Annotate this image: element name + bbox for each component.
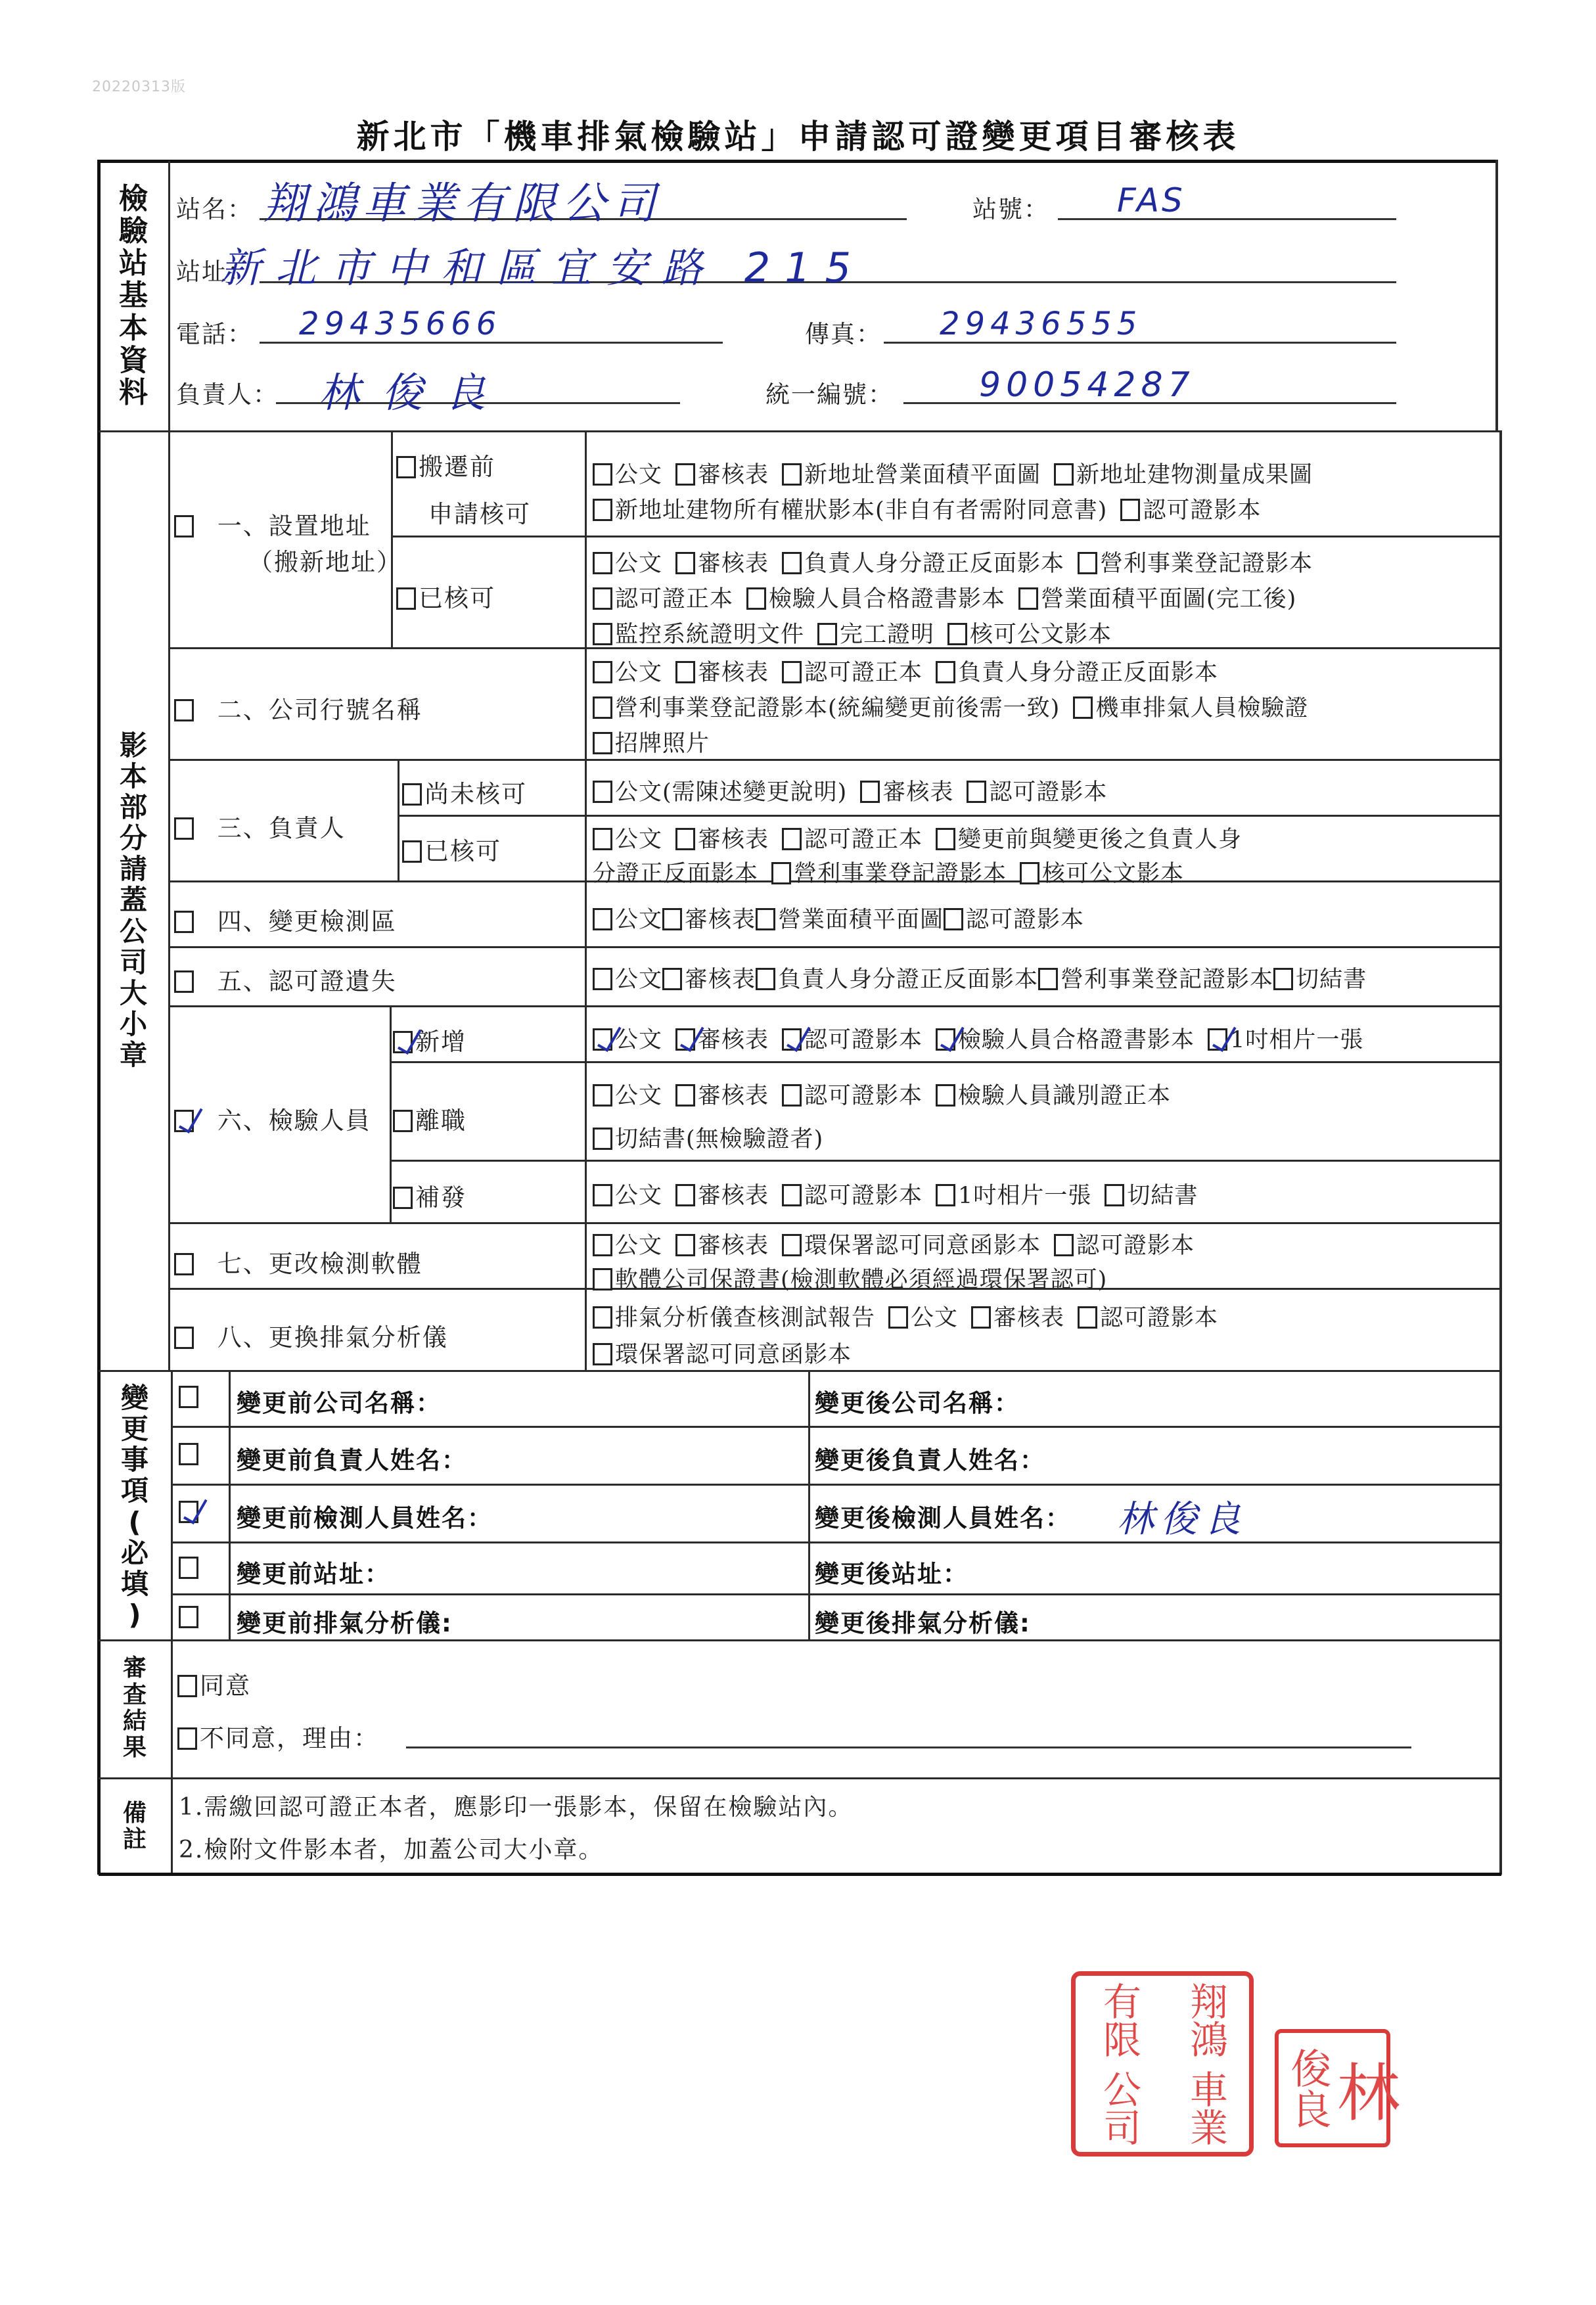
station-no-field[interactable]: FAS bbox=[1117, 181, 1185, 219]
company-seal: 翔鴻 車業 有限 公司 bbox=[1071, 1971, 1254, 2157]
doc-checklist-item[interactable]: 營利事業登記證影本 bbox=[1078, 545, 1313, 578]
fax-field[interactable]: 29436555 bbox=[940, 306, 1142, 342]
doc-label: 審核表 bbox=[698, 827, 769, 853]
doc-label: 認可證正本 bbox=[615, 586, 733, 612]
doc-checkbox[interactable] bbox=[593, 552, 612, 574]
doc-checkbox[interactable] bbox=[1208, 1028, 1227, 1051]
doc-checkbox[interactable] bbox=[1073, 696, 1093, 719]
doc-checklist-item[interactable]: 新地址營業面積平面圖 bbox=[782, 457, 1041, 490]
doc-label: 營利事業登記證影本 bbox=[794, 861, 1007, 887]
approved-checkbox[interactable] bbox=[396, 587, 416, 610]
doc-checkbox[interactable] bbox=[593, 623, 612, 645]
doc-label: 1吋相片一張 bbox=[1230, 1027, 1363, 1053]
doc-checklist-item[interactable]: 認可證影本 bbox=[782, 1022, 923, 1055]
doc-checkbox[interactable] bbox=[947, 623, 967, 645]
doc-row: 公文審核表認可證影本檢驗人員識別證正本 bbox=[593, 1078, 1184, 1110]
doc-checklist-item[interactable]: 公文 bbox=[888, 1300, 958, 1333]
resign-checkbox[interactable] bbox=[393, 1110, 413, 1132]
after-label: 變更後負責人姓名： bbox=[815, 1440, 1045, 1476]
doc-checklist-item[interactable]: 審核表 bbox=[675, 1078, 769, 1110]
doc-label: 公文 bbox=[911, 1305, 958, 1331]
doc-checkbox[interactable] bbox=[593, 1306, 612, 1329]
doc-row: 公文審核表負責人身分證正反面影本營利事業登記證影本切結書 bbox=[593, 961, 1367, 994]
owner-approved-checkbox[interactable] bbox=[402, 840, 422, 863]
doc-label: 審核表 bbox=[882, 779, 953, 806]
doc-checkbox[interactable] bbox=[1054, 1234, 1074, 1256]
doc-label: 公文 bbox=[615, 967, 662, 993]
doc-checkbox[interactable] bbox=[782, 1234, 802, 1256]
doc-checklist-item[interactable]: 認可證正本 bbox=[593, 581, 733, 614]
doc-row: 監控系統證明文件完工證明核可公文影本 bbox=[593, 616, 1125, 649]
address-field[interactable]: 新北市中和區宜安路 215 bbox=[220, 235, 865, 294]
doc-row: 招牌照片 bbox=[593, 725, 723, 758]
doc-checklist-item[interactable]: 公文 bbox=[593, 961, 662, 994]
doc-checklist-item[interactable]: 1吋相片一張 bbox=[936, 1177, 1091, 1210]
doc-label: 營業面積平面圖(完工後) bbox=[1041, 586, 1296, 612]
doc-checklist-item[interactable]: 完工證明 bbox=[817, 616, 934, 649]
doc-checklist-item[interactable]: 認可證正本 bbox=[782, 654, 923, 687]
doc-checkbox[interactable] bbox=[593, 1234, 612, 1256]
item-1-sublabel: （搬新地址） bbox=[248, 542, 402, 578]
doc-label: 公文 bbox=[615, 1083, 662, 1109]
doc-checklist-item[interactable]: 檢驗人員合格證書影本 bbox=[746, 581, 1005, 614]
before-label: 變更前負責人姓名： bbox=[237, 1440, 467, 1476]
doc-checklist-item[interactable]: 審核表 bbox=[675, 1227, 769, 1260]
doc-label: 認可證影本 bbox=[1076, 1233, 1195, 1259]
doc-label: 公文 bbox=[615, 827, 662, 853]
doc-checkbox[interactable] bbox=[1038, 968, 1058, 990]
doc-label: 招牌照片 bbox=[615, 731, 710, 757]
doc-checkbox[interactable] bbox=[675, 828, 695, 850]
doc-checkbox[interactable] bbox=[675, 1184, 695, 1206]
doc-label: 切結書 bbox=[1127, 1183, 1198, 1209]
doc-checklist-item[interactable]: 公文 bbox=[593, 1177, 662, 1210]
doc-row: 認可證正本檢驗人員合格證書影本營業面積平面圖(完工後) bbox=[593, 581, 1310, 614]
owner-label: 負責人： bbox=[176, 375, 279, 410]
doc-row: 公文(需陳述變更說明)審核表認可證影本 bbox=[593, 774, 1120, 807]
doc-label: 核可公文影本 bbox=[970, 622, 1112, 648]
doc-label: 認可證影本 bbox=[1100, 1305, 1218, 1331]
doc-label: 審核表 bbox=[698, 660, 769, 686]
doc-checkbox[interactable] bbox=[1078, 1306, 1097, 1329]
doc-label: 營利事業登記證影本 bbox=[1100, 551, 1313, 577]
doc-checklist-item[interactable]: 認可證影本 bbox=[1120, 492, 1261, 525]
version-watermark: 20220313版 bbox=[92, 76, 186, 96]
sub-approved[interactable]: 已核可 bbox=[396, 578, 495, 614]
doc-label: 切結書 bbox=[1296, 967, 1367, 993]
after-label: 變更後排氣分析儀: bbox=[815, 1603, 1031, 1639]
doc-label: 審核表 bbox=[698, 462, 769, 488]
doc-checkbox[interactable] bbox=[936, 828, 955, 850]
doc-label: 審核表 bbox=[698, 1183, 769, 1209]
before-label: 變更前站址： bbox=[237, 1554, 390, 1589]
item-1-checkbox[interactable] bbox=[174, 515, 194, 537]
doc-checkbox[interactable] bbox=[860, 781, 880, 803]
doc-checkbox[interactable] bbox=[593, 968, 612, 990]
doc-checkbox[interactable] bbox=[593, 463, 612, 486]
change-items-label: 變更事項(必填) bbox=[99, 1377, 171, 1636]
owner-field[interactable]: 林俊良 bbox=[319, 360, 508, 419]
doc-checkbox[interactable] bbox=[593, 1343, 612, 1365]
change-row-checkbox[interactable] bbox=[179, 1386, 198, 1408]
doc-row: 環保署認可同意函影本 bbox=[593, 1336, 865, 1369]
doc-label: 分證正反面影本 bbox=[593, 861, 758, 887]
doc-label: 檢驗人員合格證書影本 bbox=[958, 1027, 1195, 1053]
doc-label: 排氣分析儀查核測試報告 bbox=[615, 1305, 875, 1331]
doc-checkbox[interactable] bbox=[944, 908, 963, 930]
doc-checkbox[interactable] bbox=[662, 968, 682, 990]
doc-checkbox[interactable] bbox=[771, 862, 791, 884]
doc-checklist-item[interactable]: 公文 bbox=[593, 821, 662, 854]
doc-checklist-item[interactable]: 認可證影本 bbox=[782, 1078, 923, 1110]
doc-label: 認可證正本 bbox=[804, 827, 923, 853]
doc-label: 新地址建物所有權狀影本(非自有者需附同意書) bbox=[615, 497, 1107, 524]
doc-label: 公文 bbox=[615, 462, 662, 488]
doc-checklist-item[interactable]: 變更前與變更後之負責人身 bbox=[936, 821, 1242, 854]
doc-checkbox[interactable] bbox=[593, 661, 612, 683]
station-no-label: 站號： bbox=[972, 189, 1049, 225]
doc-checkbox[interactable] bbox=[675, 552, 695, 574]
disagree-checkbox[interactable] bbox=[177, 1727, 197, 1750]
doc-checkbox[interactable] bbox=[936, 661, 955, 683]
doc-label: 環保署認可同意函影本 bbox=[615, 1342, 852, 1368]
doc-label: 負責人身分證正反面影本 bbox=[958, 660, 1218, 686]
doc-label: 新地址建物測量成果圖 bbox=[1076, 462, 1313, 488]
doc-label: 審核表 bbox=[993, 1305, 1064, 1331]
doc-checklist-item[interactable]: 認可證影本 bbox=[944, 901, 1084, 934]
doc-checklist-item[interactable]: 切結書(無檢驗證者) bbox=[593, 1121, 823, 1154]
doc-checkbox[interactable] bbox=[593, 587, 612, 610]
fax-label: 傳真： bbox=[805, 314, 882, 350]
doc-label: 檢驗人員識別證正本 bbox=[958, 1083, 1171, 1109]
tax-id-field[interactable]: 90054287 bbox=[979, 365, 1195, 405]
item-5-checkbox[interactable] bbox=[174, 970, 194, 993]
copy-section-label: 影本部分請蓋公司大小章 bbox=[99, 696, 168, 1104]
before-relocation-checkbox[interactable] bbox=[396, 456, 416, 478]
form-title: 新北市「機車排氣檢驗站」申請認可證變更項目審核表 bbox=[0, 110, 1596, 158]
doc-checklist-item[interactable]: 負責人身分證正反面影本 bbox=[756, 961, 1038, 994]
doc-checkbox[interactable] bbox=[675, 1234, 695, 1256]
doc-checklist-item[interactable]: 營利事業登記證影本(統編變更前後需一致) bbox=[593, 690, 1060, 723]
doc-checkbox[interactable] bbox=[967, 781, 986, 803]
doc-label: 營業面積平面圖 bbox=[778, 907, 944, 933]
change-row-checkbox[interactable] bbox=[179, 1501, 198, 1523]
item-6-inspectors[interactable]: 六、檢驗人員 bbox=[174, 1101, 371, 1136]
item-3-checkbox[interactable] bbox=[174, 817, 194, 840]
doc-checkbox[interactable] bbox=[782, 1028, 802, 1051]
station-name-field[interactable]: 翔鴻車業有限公司 bbox=[263, 168, 662, 231]
doc-checkbox[interactable] bbox=[593, 781, 612, 803]
doc-checklist-item[interactable]: 公文 bbox=[593, 1227, 662, 1260]
doc-row: 公文審核表負責人身分證正反面影本營利事業登記證影本 bbox=[593, 545, 1326, 578]
doc-checklist-item[interactable]: 審核表 bbox=[971, 1300, 1064, 1333]
doc-checkbox[interactable] bbox=[1018, 587, 1038, 610]
doc-checkbox[interactable] bbox=[662, 908, 682, 930]
doc-row: 切結書(無檢驗證者) bbox=[593, 1121, 836, 1154]
doc-checklist-item[interactable]: 審核表 bbox=[675, 654, 769, 687]
remark-2: 2.檢附文件影本者，加蓋公司大小章。 bbox=[179, 1831, 603, 1865]
item-8-analyzer[interactable]: 八、更換排氣分析儀 bbox=[174, 1317, 448, 1353]
before-label: 變更前排氣分析儀: bbox=[237, 1603, 453, 1639]
doc-checklist-item[interactable]: 營利事業登記證影本 bbox=[771, 856, 1007, 888]
item-2-company-name[interactable]: 二、公司行號名稱 bbox=[174, 690, 422, 725]
doc-checklist-item[interactable]: 認可證影本 bbox=[1078, 1300, 1218, 1333]
doc-checkbox[interactable] bbox=[782, 1084, 802, 1107]
doc-label: 軟體公司保證書(檢測軟體必須經過環保署認可) bbox=[615, 1267, 1107, 1293]
doc-row: 公文審核表環保署認可同意函影本認可證影本 bbox=[593, 1227, 1208, 1260]
after-label: 變更後檢測人員姓名： bbox=[815, 1498, 1071, 1534]
agree-checkbox[interactable] bbox=[177, 1675, 197, 1697]
doc-checkbox[interactable] bbox=[817, 623, 837, 645]
doc-checklist-item[interactable]: 分證正反面影本 bbox=[593, 856, 758, 888]
doc-label: 認可證影本 bbox=[966, 907, 1084, 933]
add-checkbox[interactable] bbox=[393, 1031, 413, 1053]
doc-row: 公文審核表認可證影本檢驗人員合格證書影本1吋相片一張 bbox=[593, 1022, 1377, 1055]
doc-label: 審核表 bbox=[698, 551, 769, 577]
doc-checklist-item[interactable]: 審核表 bbox=[675, 1022, 769, 1055]
item-1-relocation[interactable]: 一、設置地址 bbox=[174, 506, 371, 541]
doc-checklist-item[interactable]: 公文(需陳述變更說明) bbox=[593, 774, 847, 807]
doc-row: 排氣分析儀查核測試報告公文審核表認可證影本 bbox=[593, 1300, 1231, 1333]
item-3-owner[interactable]: 三、負責人 bbox=[174, 808, 346, 844]
doc-checkbox[interactable] bbox=[782, 661, 802, 683]
doc-checkbox[interactable] bbox=[888, 1306, 908, 1329]
doc-checkbox[interactable] bbox=[593, 828, 612, 850]
doc-checkbox[interactable] bbox=[593, 1028, 612, 1051]
doc-checklist-item[interactable]: 營利事業登記證影本 bbox=[1038, 961, 1273, 994]
doc-checklist-item[interactable]: 認可證影本 bbox=[782, 1177, 923, 1210]
disagree-reason-field[interactable] bbox=[406, 1746, 1411, 1748]
remark-1: 1.需繳回認可證正本者，應影印一張影本，保留在檢驗站內。 bbox=[179, 1789, 853, 1822]
change-row-checkbox[interactable] bbox=[179, 1606, 198, 1628]
doc-checkbox[interactable] bbox=[782, 552, 802, 574]
doc-checklist-item[interactable]: 招牌照片 bbox=[593, 725, 710, 758]
doc-checkbox[interactable] bbox=[746, 587, 766, 610]
doc-checklist-item[interactable]: 新地址建物所有權狀影本(非自有者需附同意書) bbox=[593, 492, 1107, 525]
doc-checkbox[interactable] bbox=[782, 463, 802, 486]
doc-checkbox[interactable] bbox=[675, 463, 695, 486]
doc-label: 切結書(無檢驗證者) bbox=[615, 1126, 823, 1152]
reissue-checkbox[interactable] bbox=[393, 1187, 413, 1209]
doc-row: 公文審核表認可證正本變更前與變更後之負責人身 bbox=[593, 821, 1255, 854]
doc-checkbox[interactable] bbox=[675, 1028, 695, 1051]
item-7-software[interactable]: 七、更改檢測軟體 bbox=[174, 1244, 422, 1279]
item-4-test-area[interactable]: 四、變更檢測區 bbox=[174, 901, 397, 937]
after-label: 變更後公司名稱： bbox=[815, 1383, 1020, 1419]
doc-checklist-item[interactable]: 認可證正本 bbox=[782, 821, 923, 854]
doc-checklist-item[interactable]: 公文 bbox=[593, 457, 662, 490]
owner-seal: 俊良 林 bbox=[1275, 2029, 1390, 2147]
doc-label: 檢驗人員合格證書影本 bbox=[769, 586, 1005, 612]
doc-row: 新地址建物所有權狀影本(非自有者需附同意書)認可證影本 bbox=[593, 492, 1274, 525]
doc-checklist-item[interactable]: 審核表 bbox=[675, 1177, 769, 1210]
before-label: 變更前公司名稱： bbox=[237, 1383, 442, 1419]
doc-label: 公文 bbox=[615, 907, 662, 933]
item-4-checkbox[interactable] bbox=[174, 911, 194, 933]
doc-checklist-item[interactable]: 環保署認可同意函影本 bbox=[593, 1336, 852, 1369]
doc-checkbox[interactable] bbox=[936, 1184, 955, 1206]
doc-checkbox[interactable] bbox=[756, 968, 775, 990]
sub-resign[interactable]: 離職 bbox=[393, 1101, 467, 1136]
doc-label: 認可證影本 bbox=[1143, 497, 1261, 524]
doc-label: 審核表 bbox=[698, 1027, 769, 1053]
sub-add[interactable]: 新增 bbox=[393, 1022, 467, 1057]
review-label: 審查結果 bbox=[99, 1646, 171, 1771]
doc-label: 審核表 bbox=[698, 1233, 769, 1259]
doc-row: 分證正反面影本營利事業登記證影本核可公文影本 bbox=[593, 856, 1197, 888]
doc-checklist-item[interactable]: 認可證影本 bbox=[967, 774, 1107, 807]
doc-checklist-item[interactable]: 營業面積平面圖(完工後) bbox=[1018, 581, 1296, 614]
change-row-checkbox[interactable] bbox=[179, 1443, 198, 1465]
doc-checkbox[interactable] bbox=[1273, 968, 1293, 990]
sub-before-relocation[interactable]: 搬遷前 bbox=[396, 447, 495, 482]
doc-checkbox[interactable] bbox=[593, 1184, 612, 1206]
doc-checkbox[interactable] bbox=[593, 1084, 612, 1107]
doc-checkbox[interactable] bbox=[1105, 1184, 1124, 1206]
doc-checklist-item[interactable]: 營業面積平面圖 bbox=[756, 901, 944, 934]
item-6-checkbox[interactable] bbox=[174, 1110, 194, 1132]
sub-not-yet-approved[interactable]: 尚未核可 bbox=[402, 774, 527, 810]
doc-checklist-item[interactable]: 核可公文影本 bbox=[1020, 856, 1184, 888]
item-8-checkbox[interactable] bbox=[174, 1327, 194, 1349]
sub-before-relocation-label2: 申請核可 bbox=[428, 494, 531, 530]
doc-checklist-item[interactable]: 公文 bbox=[593, 1022, 662, 1055]
doc-checklist-item[interactable]: 檢驗人員合格證書影本 bbox=[936, 1022, 1195, 1055]
doc-row: 公文審核表認可證影本1吋相片一張切結書 bbox=[593, 1177, 1211, 1210]
doc-row: 營利事業登記證影本(統編變更前後需一致)機車排氣人員檢驗證 bbox=[593, 690, 1321, 723]
doc-label: 公文 bbox=[615, 1027, 662, 1053]
doc-checkbox[interactable] bbox=[593, 1128, 612, 1150]
doc-checkbox[interactable] bbox=[1078, 552, 1097, 574]
doc-checkbox[interactable] bbox=[593, 696, 612, 719]
basic-info-label: 檢驗站基本資料 bbox=[99, 164, 168, 427]
doc-label: 1吋相片一張 bbox=[958, 1183, 1091, 1209]
doc-checkbox[interactable] bbox=[593, 499, 612, 521]
item-7-checkbox[interactable] bbox=[174, 1253, 194, 1275]
doc-checklist-item[interactable]: 切結書 bbox=[1105, 1177, 1198, 1210]
phone-field[interactable]: 29435666 bbox=[299, 306, 501, 342]
doc-label: 認可證正本 bbox=[804, 660, 923, 686]
doc-checkbox[interactable] bbox=[782, 828, 802, 850]
agree-option[interactable]: 同意 bbox=[177, 1666, 251, 1701]
item-5-license-lost[interactable]: 五、認可證遺失 bbox=[174, 961, 397, 997]
doc-checklist-item[interactable]: 負責人身分證正反面影本 bbox=[782, 545, 1064, 578]
before-label: 變更前檢測人員姓名： bbox=[237, 1498, 493, 1534]
remarks-label: 備註 bbox=[99, 1787, 171, 1866]
doc-checklist-item[interactable]: 審核表 bbox=[675, 821, 769, 854]
doc-checkbox[interactable] bbox=[756, 908, 775, 930]
doc-label: 公文 bbox=[615, 551, 662, 577]
doc-checklist-item[interactable]: 公文 bbox=[593, 545, 662, 578]
doc-checklist-item[interactable]: 審核表 bbox=[662, 961, 756, 994]
doc-checkbox[interactable] bbox=[1054, 463, 1074, 486]
doc-label: 認可證影本 bbox=[804, 1027, 923, 1053]
doc-label: 核可公文影本 bbox=[1042, 861, 1184, 887]
doc-label: 認可證影本 bbox=[804, 1183, 923, 1209]
doc-checklist-item[interactable]: 負責人身分證正反面影本 bbox=[936, 654, 1218, 687]
phone-label: 電話： bbox=[176, 314, 253, 350]
doc-label: 認可證影本 bbox=[989, 779, 1107, 806]
after-value-field[interactable]: 林俊良 bbox=[1117, 1490, 1247, 1543]
doc-checkbox[interactable] bbox=[675, 661, 695, 683]
doc-row: 公文審核表認可證正本負責人身分證正反面影本 bbox=[593, 654, 1231, 687]
doc-label: 公文(需陳述變更說明) bbox=[615, 779, 847, 806]
doc-label: 公文 bbox=[615, 1233, 662, 1259]
doc-checklist-item[interactable]: 認可證影本 bbox=[1054, 1227, 1195, 1260]
doc-checkbox[interactable] bbox=[782, 1184, 802, 1206]
doc-label: 認可證影本 bbox=[804, 1083, 923, 1109]
doc-label: 公文 bbox=[615, 660, 662, 686]
doc-row: 公文審核表營業面積平面圖認可證影本 bbox=[593, 901, 1084, 934]
doc-label: 環保署認可同意函影本 bbox=[804, 1233, 1041, 1259]
doc-label: 負責人身分證正反面影本 bbox=[778, 967, 1038, 993]
doc-row: 軟體公司保證書(檢測軟體必須經過環保署認可) bbox=[593, 1262, 1120, 1294]
doc-checklist-item[interactable]: 公文 bbox=[593, 654, 662, 687]
doc-checklist-item[interactable]: 軟體公司保證書(檢測軟體必須經過環保署認可) bbox=[593, 1262, 1107, 1294]
doc-checklist-item[interactable]: 審核表 bbox=[675, 457, 769, 490]
doc-checklist-item[interactable]: 1吋相片一張 bbox=[1208, 1022, 1363, 1055]
doc-checklist-item[interactable]: 審核表 bbox=[662, 901, 756, 934]
doc-checkbox[interactable] bbox=[593, 732, 612, 754]
doc-checkbox[interactable] bbox=[675, 1084, 695, 1107]
doc-checklist-item[interactable]: 機車排氣人員檢驗證 bbox=[1073, 690, 1308, 723]
doc-checkbox[interactable] bbox=[593, 1268, 612, 1290]
doc-checklist-item[interactable]: 審核表 bbox=[860, 774, 953, 807]
after-label: 變更後站址： bbox=[815, 1554, 969, 1589]
doc-checklist-item[interactable]: 切結書 bbox=[1273, 961, 1367, 994]
sub-owner-approved[interactable]: 已核可 bbox=[402, 831, 501, 867]
doc-label: 審核表 bbox=[698, 1083, 769, 1109]
doc-checklist-item[interactable]: 公文 bbox=[593, 901, 662, 934]
doc-checklist-item[interactable]: 排氣分析儀查核測試報告 bbox=[593, 1300, 875, 1333]
doc-label: 新地址營業面積平面圖 bbox=[804, 462, 1041, 488]
doc-checkbox[interactable] bbox=[593, 908, 612, 930]
doc-checklist-item[interactable]: 環保署認可同意函影本 bbox=[782, 1227, 1041, 1260]
doc-label: 審核表 bbox=[685, 907, 756, 933]
sub-reissue[interactable]: 補發 bbox=[393, 1177, 467, 1213]
doc-checklist-item[interactable]: 新地址建物測量成果圖 bbox=[1054, 457, 1313, 490]
doc-row: 公文審核表新地址營業面積平面圖新地址建物測量成果圖 bbox=[593, 457, 1326, 490]
change-row-checkbox[interactable] bbox=[179, 1557, 198, 1579]
doc-checklist-item[interactable]: 檢驗人員識別證正本 bbox=[936, 1078, 1171, 1110]
doc-checklist-item[interactable]: 核可公文影本 bbox=[947, 616, 1112, 649]
item-2-checkbox[interactable] bbox=[174, 699, 194, 721]
doc-label: 營利事業登記證影本 bbox=[1060, 967, 1273, 993]
doc-label: 監控系統證明文件 bbox=[615, 622, 804, 648]
disagree-option[interactable]: 不同意，理由： bbox=[177, 1718, 379, 1754]
doc-checkbox[interactable] bbox=[971, 1306, 991, 1329]
doc-label: 機車排氣人員檢驗證 bbox=[1095, 695, 1308, 721]
doc-checklist-item[interactable]: 監控系統證明文件 bbox=[593, 616, 804, 649]
not-yet-approved-checkbox[interactable] bbox=[402, 783, 422, 806]
tax-id-label: 統一編號： bbox=[765, 375, 894, 410]
doc-checkbox[interactable] bbox=[1120, 499, 1140, 521]
doc-label: 完工證明 bbox=[840, 622, 934, 648]
station-name-label: 站名： bbox=[176, 189, 253, 225]
doc-checkbox[interactable] bbox=[1020, 862, 1039, 884]
doc-label: 公文 bbox=[615, 1183, 662, 1209]
doc-checklist-item[interactable]: 審核表 bbox=[675, 545, 769, 578]
doc-label: 負責人身分證正反面影本 bbox=[804, 551, 1064, 577]
doc-checkbox[interactable] bbox=[936, 1028, 955, 1051]
doc-label: 變更前與變更後之負責人身 bbox=[958, 827, 1242, 853]
doc-checklist-item[interactable]: 公文 bbox=[593, 1078, 662, 1110]
doc-checkbox[interactable] bbox=[936, 1084, 955, 1107]
doc-label: 營利事業登記證影本(統編變更前後需一致) bbox=[615, 695, 1060, 721]
doc-label: 審核表 bbox=[685, 967, 756, 993]
